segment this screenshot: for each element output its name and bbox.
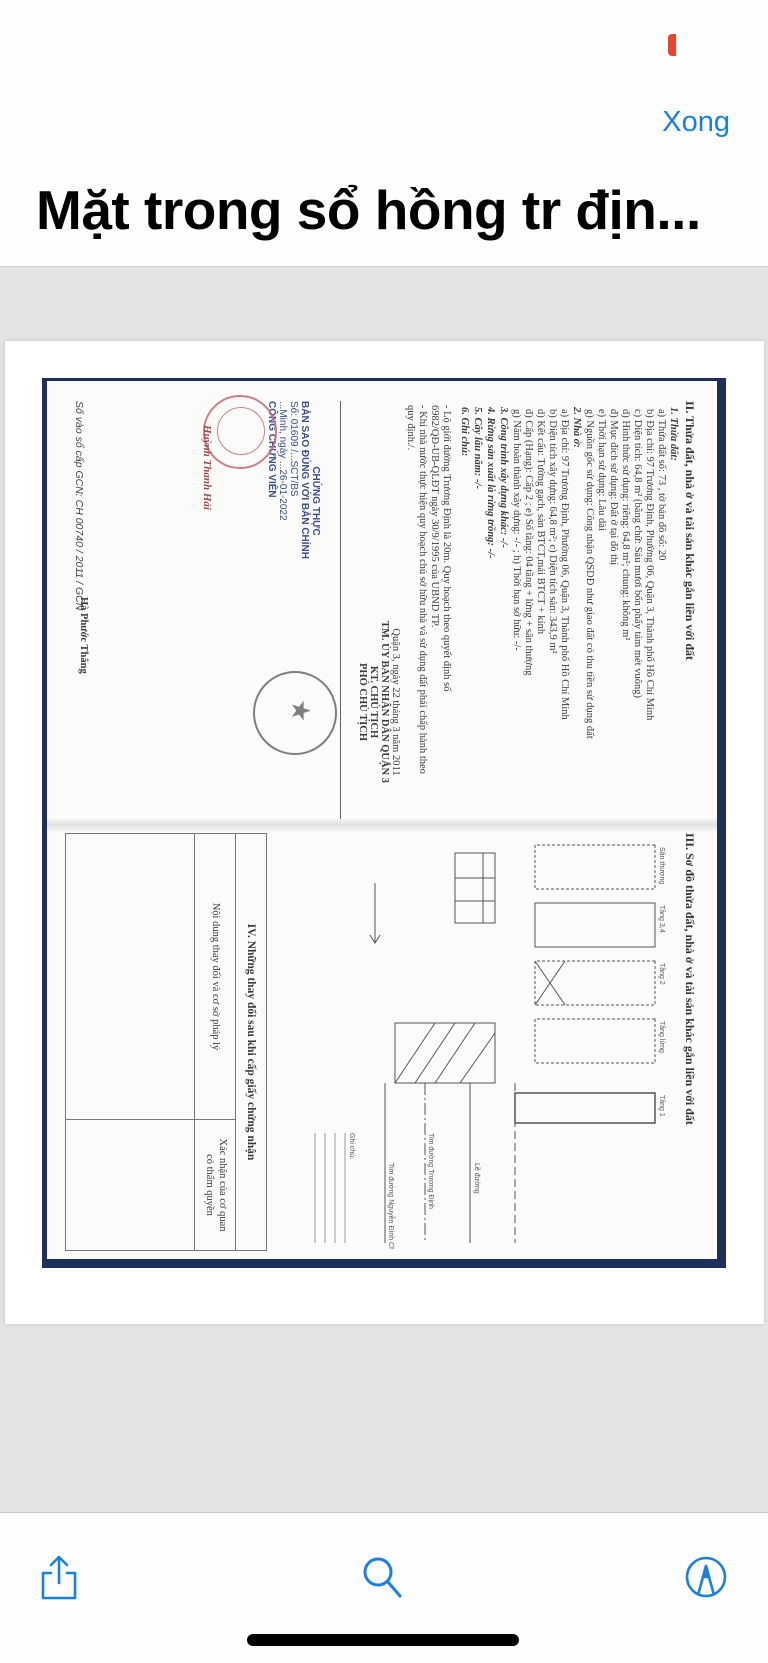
floor-label: Tầng 1 xyxy=(658,1095,667,1117)
signature-date: Quận 3, ngày 22 tháng 3 năm 2011 xyxy=(390,587,401,817)
land-line: g) Nguồn gốc sử dụng: Công nhận QSDĐ như… xyxy=(584,409,595,811)
page-fold xyxy=(47,819,717,831)
notary-line: BẢN SAO ĐÚNG VỚI BẢN CHÍNH xyxy=(299,401,310,601)
markup-icon xyxy=(681,1553,731,1603)
land-line: b) Địa chỉ: 97 Trương Định, Phường 06, Q… xyxy=(644,409,655,811)
land-line: a) Thửa đất số: 73 , tờ bản đồ số: 20 xyxy=(656,409,667,811)
status-bar xyxy=(0,0,768,80)
section-iii-iv: III. Sơ đồ thửa đất, nhà ở và tài sản kh… xyxy=(57,833,697,1249)
home-indicator[interactable] xyxy=(247,1634,519,1646)
house-line: a) Địa chỉ: 97 Trương Định, Phường 06, Q… xyxy=(559,409,570,811)
other-item: 3. Công trình xây dựng khác: -/- xyxy=(498,407,509,811)
signature-block: Quận 3, ngày 22 tháng 3 năm 2011 TM. ỦY … xyxy=(357,587,401,817)
land-line: đ) Mục đích sử dụng: Đất ở tại đô thị xyxy=(608,409,619,811)
notary-seal-icon xyxy=(203,395,277,469)
page-thumbnail[interactable]: II. Thửa đất, nhà ở và tài sản khác gắn … xyxy=(5,341,764,1324)
street-label: Lề đường xyxy=(473,1163,482,1194)
notary-number: Số: 01609 /...SCT/BS xyxy=(288,401,299,601)
notary-date: ...Minh, ngày ...26-01-2022 xyxy=(277,401,288,601)
house-line: đ) Cấp (Hạng): Cấp 2 ; e) Số tầng: 04 tầ… xyxy=(523,409,534,811)
confirmation-cell xyxy=(66,1120,194,1250)
street-label: Tim đường Trương Định xyxy=(427,1133,434,1209)
land-line: d) Hình thức sử dụng: riêng: 64,8 m²; ch… xyxy=(620,409,631,811)
house-heading: 2. Nhà ở: xyxy=(571,407,582,811)
house-line: b) Diện tích xây dựng: 64,8 m²; c) Diện … xyxy=(547,409,558,811)
plot-diagram: Sân thượng Tầng 3,4 Tầng 2 Tầng lửng Tần… xyxy=(285,833,675,1249)
floor-label: Sân thượng xyxy=(658,847,665,884)
done-button[interactable]: Xong xyxy=(662,106,730,139)
col-content: Nội dung thay đổi và cơ sở pháp lý xyxy=(195,834,235,1120)
land-heading: 1. Thửa đất: xyxy=(668,407,679,811)
document-title: Mặt trong sổ hồng tr địn... xyxy=(36,178,701,242)
col-confirmation: Xác nhận của cơ quan có thẩm quyền xyxy=(195,1120,235,1250)
other-item: 6. Ghi chú: xyxy=(459,407,470,811)
street-label: Tim đường Nguyễn Đình Chiểu xyxy=(387,1163,396,1249)
search-icon xyxy=(358,1553,408,1603)
share-icon xyxy=(33,1553,83,1603)
changes-table-header: Nội dung thay đổi và cơ sở pháp lý Xác n… xyxy=(194,834,235,1250)
other-item: 5. Cây lâu năm: -/- xyxy=(472,407,483,811)
note-line: quy định./. xyxy=(405,405,416,811)
recording-indicator xyxy=(668,34,676,56)
signature-role: PHÓ CHỦ TỊCH xyxy=(357,587,368,817)
section-ii: II. Thửa đất, nhà ở và tài sản khác gắn … xyxy=(57,401,697,811)
land-line: c) Diện tích: 64,8 m² (bằng chữ: Sáu mươ… xyxy=(632,409,643,811)
registry-number: Số vào sổ cấp GCN: CH 00740 / 2011 / GCN xyxy=(73,401,85,610)
floor-label: Tầng lửng xyxy=(658,1021,667,1053)
house-line: g) Năm hoàn thành xây dựng: -/- ; h) Thờ… xyxy=(511,409,522,811)
notes-heading: Ghi chú: xyxy=(348,1133,355,1159)
state-seal-icon xyxy=(253,671,337,755)
share-button[interactable] xyxy=(33,1553,83,1603)
section-iv-heading: IV. Những thay đổi sau khi cấp giấy chứn… xyxy=(235,834,266,1250)
scanned-certificate: II. Thửa đất, nhà ở và tài sản khác gắn … xyxy=(42,378,726,1268)
changes-table-body xyxy=(66,834,194,1250)
certificate-paper: II. Thửa đất, nhà ở và tài sản khác gắn … xyxy=(47,381,717,1259)
certificate-content: II. Thửa đất, nhà ở và tài sản khác gắn … xyxy=(47,381,717,1259)
note-line: 6982/QĐ-UB-QLĐT ngày 30/9/1995 của UBND … xyxy=(429,405,440,811)
col-confirmation-line: có thẩm quyền xyxy=(203,1120,216,1250)
col-confirmation-line: Xác nhận của cơ quan xyxy=(216,1120,229,1250)
notary-title: CHỨNG THỰC xyxy=(310,401,321,601)
changes-cell xyxy=(66,834,194,1120)
note-line: - Lộ giới đường Trương Định là 20m. Quy … xyxy=(441,405,452,811)
section-iii-heading: III. Sơ đồ thửa đất, nhà ở và tài sản kh… xyxy=(682,833,697,1249)
notary-rule xyxy=(340,401,341,819)
search-button[interactable] xyxy=(358,1553,408,1603)
signature-org: TM. ỦY BAN NHÂN DÂN QUẬN 3 xyxy=(379,587,390,817)
markup-button[interactable] xyxy=(681,1553,731,1603)
land-line: e) Thời hạn sử dụng: Lâu dài xyxy=(596,409,607,811)
floor-label: Tầng 2 xyxy=(658,963,667,985)
note-line: - Khi nhà nước thực hiện quy hoạch chủ s… xyxy=(417,405,428,811)
document-viewer[interactable]: II. Thửa đất, nhà ở và tài sản khác gắn … xyxy=(0,267,768,1512)
other-item: 4. Rừng sản xuất là rừng trồng: -/- xyxy=(485,407,496,811)
changes-table: IV. Những thay đổi sau khi cấp giấy chứn… xyxy=(65,833,267,1251)
signature-role: KT. CHỦ TỊCH xyxy=(368,587,379,817)
floor-label: Tầng 3,4 xyxy=(658,905,667,933)
notary-signer: Huỳnh Thanh Hải xyxy=(201,425,213,510)
house-line: d) Kết cấu: Tường gạch, sàn BTCT,mái BTC… xyxy=(535,409,546,811)
section-ii-heading: II. Thửa đất, nhà ở và tài sản khác gắn … xyxy=(682,401,697,811)
